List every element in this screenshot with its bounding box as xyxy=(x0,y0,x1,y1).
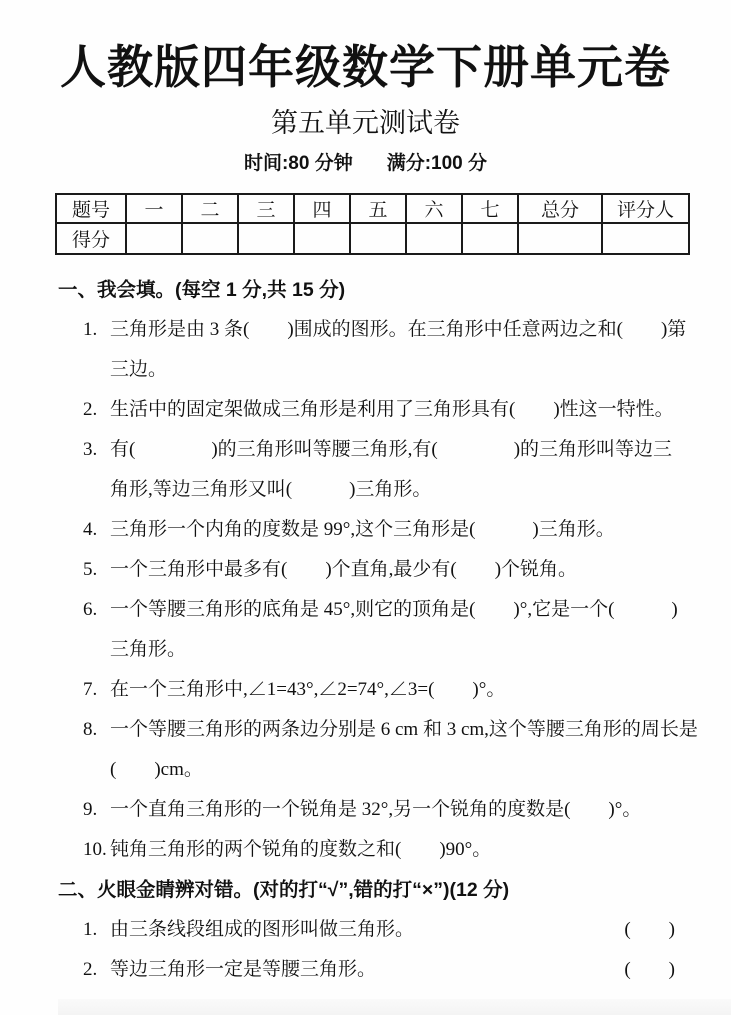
paper-body: 一、我会填。(每空 1 分,共 15 分)1.三角形是由 3 条( )围成的图形… xyxy=(58,270,675,990)
question-line: 一个直角三角形的一个锐角是 32°,另一个锐角的度数是( )°。 xyxy=(110,790,675,830)
score-table: 题号一二三四五六七总分评分人得分 xyxy=(55,193,690,255)
page-subtitle: 第五单元测试卷 xyxy=(0,107,731,139)
question-number: 6. xyxy=(83,590,97,630)
question-number: 7. xyxy=(83,670,97,710)
score-cell-empty xyxy=(182,223,238,254)
question-number: 5. xyxy=(83,550,97,590)
question: 3.有( )的三角形叫等腰三角形,有( )的三角形叫等边三角形,等边三角形又叫(… xyxy=(58,430,675,510)
question-line: ( )cm。 xyxy=(110,750,675,790)
score-table-header-cell: 七 xyxy=(462,194,518,223)
question: 5.一个三角形中最多有( )个直角,最少有( )个锐角。 xyxy=(58,550,675,590)
question-number: 2. xyxy=(83,950,97,990)
question-number: 8. xyxy=(83,710,97,750)
question-line: 一个等腰三角形的两条边分别是 6 cm 和 3 cm,这个等腰三角形的周长是 xyxy=(110,710,675,750)
question: 1.由三条线段组成的图形叫做三角形。( ) xyxy=(58,910,675,950)
exam-info: 时间:80 分钟满分:100 分 xyxy=(0,152,731,176)
score-table-header-row: 题号一二三四五六七总分评分人 xyxy=(56,194,689,223)
answer-paren: ( ) xyxy=(624,950,675,990)
question-line: 由三条线段组成的图形叫做三角形。( ) xyxy=(110,910,675,950)
question-number: 10. xyxy=(83,830,107,870)
score-cell-empty xyxy=(350,223,406,254)
exam-fullscore-label: 满分:100 分 xyxy=(387,153,487,174)
question-line: 有( )的三角形叫等腰三角形,有( )的三角形叫等边三 xyxy=(110,430,675,470)
score-table-header-cell: 总分 xyxy=(518,194,602,223)
question-number: 2. xyxy=(83,390,97,430)
question-line: 三角形是由 3 条( )围成的图形。在三角形中任意两边之和( )第 xyxy=(110,310,675,350)
score-table-header-cell: 一 xyxy=(126,194,182,223)
question-line: 在一个三角形中,∠1=43°,∠2=74°,∠3=( )°。 xyxy=(110,670,675,710)
score-table-header-cell: 四 xyxy=(294,194,350,223)
score-cell-empty xyxy=(126,223,182,254)
question-number: 1. xyxy=(83,310,97,350)
question: 8.一个等腰三角形的两条边分别是 6 cm 和 3 cm,这个等腰三角形的周长是… xyxy=(58,710,675,790)
question: 2.等边三角形一定是等腰三角形。( ) xyxy=(58,950,675,990)
score-cell-empty xyxy=(602,223,689,254)
question-line: 等边三角形一定是等腰三角形。( ) xyxy=(110,950,675,990)
question: 10.钝角三角形的两个锐角的度数之和( )90°。 xyxy=(58,830,675,870)
question-line: 生活中的固定架做成三角形是利用了三角形具有( )性这一特性。 xyxy=(110,390,675,430)
question-number: 3. xyxy=(83,430,97,470)
question-line: 一个等腰三角形的底角是 45°,则它的顶角是( )°,它是一个( ) xyxy=(110,590,675,630)
score-cell-empty xyxy=(462,223,518,254)
test-paper-page: 人教版四年级数学下册单元卷 第五单元测试卷 时间:80 分钟满分:100 分 题… xyxy=(0,0,731,1015)
question-line: 三边。 xyxy=(110,350,675,390)
page-bottom-edge-shadow xyxy=(58,999,731,1015)
score-table-header-cell: 六 xyxy=(406,194,462,223)
score-cell-empty xyxy=(294,223,350,254)
question: 4.三角形一个内角的度数是 99°,这个三角形是( )三角形。 xyxy=(58,510,675,550)
score-cell-empty xyxy=(238,223,294,254)
question-number: 9. xyxy=(83,790,97,830)
answer-paren: ( ) xyxy=(624,910,675,950)
question-line: 三角形一个内角的度数是 99°,这个三角形是( )三角形。 xyxy=(110,510,675,550)
question: 7.在一个三角形中,∠1=43°,∠2=74°,∠3=( )°。 xyxy=(58,670,675,710)
score-cell-empty xyxy=(406,223,462,254)
question-number: 1. xyxy=(83,910,97,950)
score-row-label: 得分 xyxy=(56,223,126,254)
question-number: 4. xyxy=(83,510,97,550)
question-line: 三角形。 xyxy=(110,630,675,670)
question-line: 钝角三角形的两个锐角的度数之和( )90°。 xyxy=(110,830,675,870)
question: 2.生活中的固定架做成三角形是利用了三角形具有( )性这一特性。 xyxy=(58,390,675,430)
section-heading-2: 二、火眼金睛辨对错。(对的打“√”,错的打“×”)(12 分) xyxy=(58,870,675,910)
question: 9.一个直角三角形的一个锐角是 32°,另一个锐角的度数是( )°。 xyxy=(58,790,675,830)
score-table-score-row: 得分 xyxy=(56,223,689,254)
score-table-header-cell: 二 xyxy=(182,194,238,223)
question: 6.一个等腰三角形的底角是 45°,则它的顶角是( )°,它是一个( )三角形。 xyxy=(58,590,675,670)
score-table-header-cell: 五 xyxy=(350,194,406,223)
question-line: 一个三角形中最多有( )个直角,最少有( )个锐角。 xyxy=(110,550,675,590)
score-cell-empty xyxy=(518,223,602,254)
score-table-header-cell: 评分人 xyxy=(602,194,689,223)
exam-time-label: 时间:80 分钟 xyxy=(244,153,353,174)
score-table-header-cell: 三 xyxy=(238,194,294,223)
question: 1.三角形是由 3 条( )围成的图形。在三角形中任意两边之和( )第三边。 xyxy=(58,310,675,390)
score-table-header-cell: 题号 xyxy=(56,194,126,223)
page-title: 人教版四年级数学下册单元卷 xyxy=(0,42,731,94)
question-line: 角形,等边三角形又叫( )三角形。 xyxy=(110,470,675,510)
section-heading-1: 一、我会填。(每空 1 分,共 15 分) xyxy=(58,270,675,310)
